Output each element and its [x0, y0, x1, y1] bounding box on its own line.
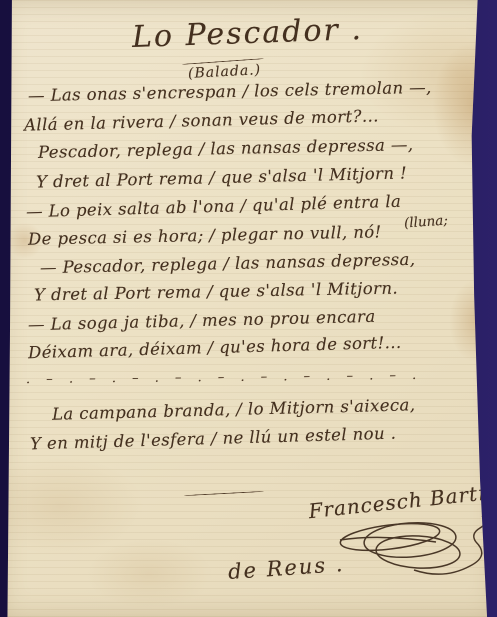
signature-flourish-icon: [330, 510, 490, 585]
stanza-separator-dots: . – . – . – . – . – . – . – . – . – .: [26, 368, 422, 387]
poem-title: Lo Pescador .: [131, 12, 363, 55]
poem-line: Y dret al Port rema / que s'alsa 'l Mitj…: [34, 279, 398, 305]
poem-line: — Las onas s'encrespan / los cels tremol…: [28, 78, 432, 105]
poem-line: La campana branda, / lo Mitjorn s'aixeca…: [52, 395, 416, 424]
poem-line: De pesca si es hora; / plegar no vull, n…: [28, 222, 382, 248]
poem-line: — Pescador, replega / las nansas depress…: [40, 250, 416, 278]
poem-line: — La soga ja tiba, / mes no prou encara: [28, 307, 376, 334]
poem-line: Y en mitj de l'esfera / ne llú un estel …: [30, 424, 397, 454]
poem-line: Pescador, replega / las nansas depressa …: [38, 135, 414, 162]
poem-line: — Lo peix salta ab l'ona / qu'al plé ent…: [26, 192, 402, 221]
manuscript-page: Lo Pescador . (Balada.) — Las onas s'enc…: [0, 0, 497, 617]
poem-subtitle: (Balada.): [188, 62, 262, 82]
signature-place: de Reus .: [227, 552, 345, 584]
poem-line: Allá en la rivera / sonan veus de mort?.…: [24, 106, 379, 134]
interlinear-correction: (lluna;: [403, 212, 448, 231]
poem-line: Déixam ara, déixam / qu'es hora de sort!…: [28, 333, 402, 362]
closing-dash: [184, 491, 264, 496]
poem-line: Y dret al Port rema / que s'alsa 'l Mitj…: [36, 163, 407, 191]
